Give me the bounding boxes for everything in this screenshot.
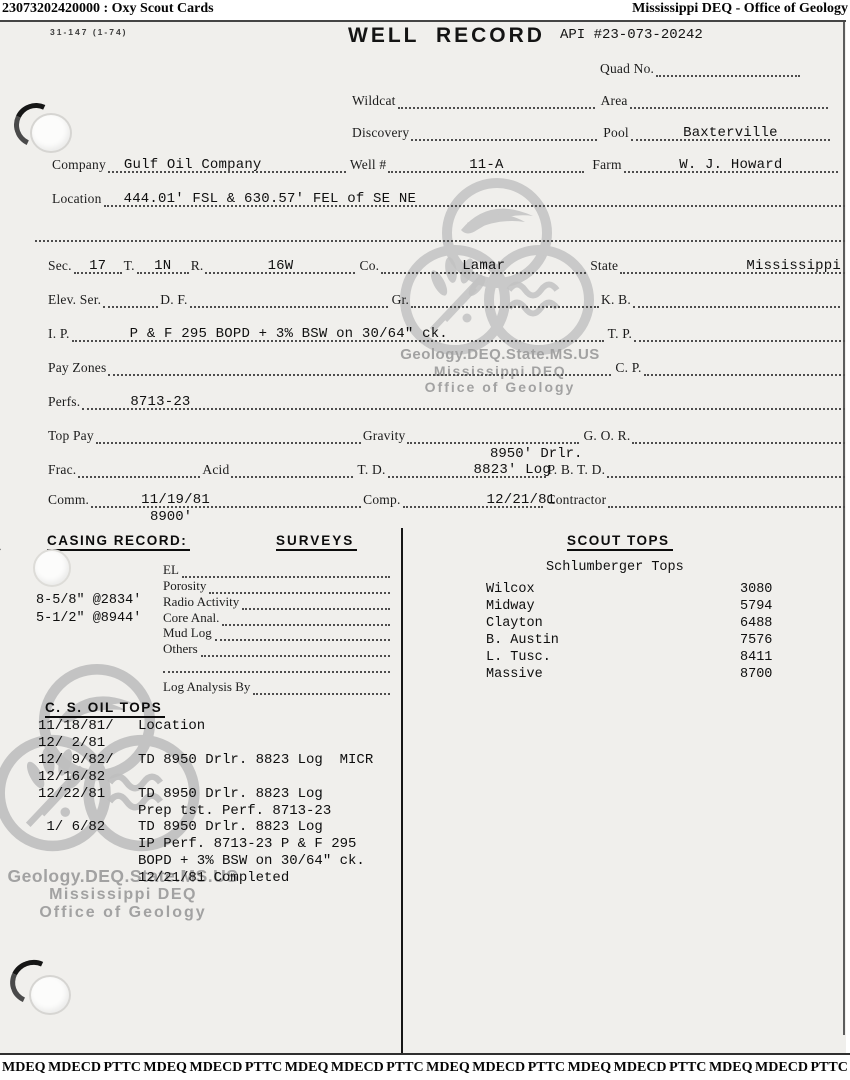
field-row-frac-acid-td-pbtd: Frac. Acid T. D. 8823' Log P. B. T. D.	[48, 456, 845, 478]
survey-item-label: Others	[163, 641, 201, 657]
footer-stamp-bar: MDEQMDECDPTTCMDEQMDECDPTTCMDEQMDECDPTTCM…	[0, 1056, 850, 1080]
township-value: 1N	[154, 258, 171, 274]
farm-line: W. J. Howard	[624, 151, 838, 173]
frac-line	[78, 456, 200, 478]
cp-line	[644, 354, 845, 376]
county-line: Lamar	[381, 252, 586, 274]
well-no-line: 11-A	[388, 151, 584, 173]
casing-record-entries: 8-5/8" @2834'5-1/2" @8944'	[36, 592, 141, 627]
survey-row: Mud Log	[163, 626, 390, 642]
cp-label: C. P.	[611, 360, 643, 376]
oil-tops-line: Prep tst. Perf. 8713-23	[38, 803, 398, 820]
watermark-agency: Mississippi DEQ	[0, 886, 258, 904]
discovery-label: Discovery	[352, 125, 411, 141]
frac-label: Frac.	[48, 462, 78, 478]
elev-ser-line	[103, 286, 158, 308]
gor-label: G. O. R.	[579, 428, 632, 444]
gor-line	[632, 422, 845, 444]
punch-hole	[33, 549, 71, 587]
gr-label: Gr.	[388, 292, 411, 308]
field-row-elevations: Elev. Ser. D. F. Gr. K. B.	[48, 286, 840, 308]
footer-stamp: MDECD	[189, 1060, 242, 1076]
section-divider-line	[401, 528, 403, 1053]
oil-tops-line: 11/18/81/Location	[38, 718, 398, 735]
field-row-sec-twp-rng: Sec. 17 T. 1N R. 16W Co. Lamar State Mis…	[48, 252, 845, 274]
acid-line	[231, 456, 353, 478]
range-value: 16W	[268, 258, 294, 274]
state-line: Mississippi	[620, 252, 845, 274]
wildcat-label: Wildcat	[352, 93, 398, 109]
field-row-toppay-gravity-gor: Top Pay Gravity G. O. R.	[48, 422, 845, 444]
field-row-discovery-pool: Discovery Pool Baxterville	[352, 119, 830, 141]
viewer-header-bar: 23073202420000 : Oxy Scout Cards Mississ…	[0, 0, 850, 20]
oil-tops-text: BOPD + 3% BSW on 30/64" ck.	[138, 853, 365, 870]
state-value: Mississippi	[746, 258, 845, 274]
oil-tops-date: 11/18/81/	[38, 718, 138, 735]
sec-value: 17	[89, 258, 106, 274]
scout-top-row: L. Tusc.8411	[486, 649, 782, 666]
casing-record-header: CASING RECORD:	[47, 533, 190, 551]
survey-row: Others	[163, 641, 390, 657]
oil-tops-date	[38, 836, 138, 853]
survey-row: Core Anal.	[163, 610, 390, 626]
scout-top-name: Clayton	[486, 615, 740, 632]
oil-tops-line: IP Perf. 8713-23 P & F 295	[38, 836, 398, 853]
casing-entry: 5-1/2" @8944'	[36, 610, 141, 628]
acid-label: Acid	[200, 462, 231, 478]
location-value: 444.01' FSL & 630.57' FEL of SE NE	[124, 191, 416, 207]
oil-tops-text: 12/21/81 Completed	[138, 870, 289, 887]
oil-tops-line: 12/ 9/82/TD 8950 Drlr. 8823 Log MICR	[38, 752, 398, 769]
field-row-wildcat-area: Wildcat Area	[352, 87, 828, 109]
survey-row: Radio Activity	[163, 594, 390, 610]
oil-tops-date: 1/ 6/82	[38, 819, 138, 836]
county-value: Lamar	[462, 258, 505, 274]
location-line: 444.01' FSL & 630.57' FEL of SE NE	[104, 185, 845, 207]
oil-tops-line: 1/ 6/82TD 8950 Drlr. 8823 Log	[38, 819, 398, 836]
scout-top-depth: 8700	[740, 666, 782, 683]
perfs-label: Perfs.	[48, 394, 82, 410]
county-label: Co.	[355, 258, 381, 274]
scout-tops-header: SCOUT TOPS	[567, 533, 673, 551]
company-value: Gulf Oil Company	[124, 157, 262, 173]
quad-no-line	[656, 55, 800, 77]
scout-top-depth: 5794	[740, 598, 782, 615]
card-right-edge	[843, 22, 845, 1035]
oil-tops-date: 12/ 9/82/	[38, 752, 138, 769]
oil-tops-date: 12/22/81	[38, 786, 138, 803]
farm-value: W. J. Howard	[679, 157, 782, 173]
area-label: Area	[595, 93, 630, 109]
pbtd-line	[607, 456, 845, 478]
location-continuation-line	[35, 218, 845, 242]
td-label: T. D.	[353, 462, 387, 478]
surveys-items: ELPorosityRadio ActivityCore Anal.Mud Lo…	[163, 562, 390, 673]
township-label: T.	[122, 258, 137, 274]
pool-value: Baxterville	[683, 125, 778, 141]
contractor-line	[608, 486, 845, 508]
footer-stamp: PTTC	[386, 1060, 423, 1076]
survey-item-line	[222, 610, 390, 626]
scout-top-depth: 3080	[740, 581, 782, 598]
kb-label: K. B.	[599, 292, 633, 308]
footer-stamp: MDEQ	[2, 1060, 46, 1076]
wildcat-line	[398, 87, 595, 109]
api-number: API #23-073-20242	[560, 27, 703, 43]
scout-tops-subtitle: Schlumberger Tops	[546, 560, 684, 575]
casing-entry: 8-5/8" @2834'	[36, 592, 141, 610]
footer-stamp: PTTC	[669, 1060, 706, 1076]
surveys-list: ELPorosityRadio ActivityCore Anal.Mud Lo…	[163, 562, 390, 695]
survey-item-line	[215, 626, 390, 642]
well-no-label: Well #	[346, 157, 388, 173]
footer-stamp: MDEQ	[709, 1060, 753, 1076]
top-pay-line	[96, 422, 361, 444]
footer-stamp: MDECD	[755, 1060, 808, 1076]
well-no-value: 11-A	[469, 157, 503, 173]
scout-top-name: Wilcox	[486, 581, 740, 598]
form-title: WELL RECORD	[348, 24, 545, 48]
survey-item-label: Radio Activity	[163, 594, 242, 610]
pay-zones-line	[108, 354, 611, 376]
footer-stamp: MDEQ	[426, 1060, 470, 1076]
footer-stamp: PTTC	[810, 1060, 847, 1076]
td-log-value: 8823' Log	[474, 462, 551, 478]
comm-date-value: 11/19/81	[141, 492, 210, 508]
comp-date-value: 12/21/81	[487, 492, 556, 508]
scout-tops-table: Wilcox3080Midway5794Clayton6488B. Austin…	[486, 581, 782, 683]
gravity-label: Gravity	[361, 428, 408, 444]
oil-tops-text: TD 8950 Drlr. 8823 Log	[138, 786, 323, 803]
punch-hole	[29, 975, 71, 1015]
field-row-location: Location 444.01' FSL & 630.57' FEL of SE…	[52, 185, 845, 207]
location-label: Location	[52, 191, 104, 207]
company-line: Gulf Oil Company	[108, 151, 346, 173]
oil-tops-date	[38, 870, 138, 887]
oil-tops-text: Prep tst. Perf. 8713-23	[138, 803, 331, 820]
field-row-ip-tp: I. P. P & F 295 BOPD + 3% BSW on 30/64" …	[48, 320, 845, 342]
df-label: D. F.	[158, 292, 189, 308]
gr-line	[411, 286, 599, 308]
survey-row-blank	[163, 657, 390, 673]
footer-stamp: PTTC	[104, 1060, 141, 1076]
scout-top-depth: 7576	[740, 632, 782, 649]
survey-item-label: Core Anal.	[163, 610, 222, 626]
ip-line: P & F 295 BOPD + 3% BSW on 30/64" ck.	[72, 320, 604, 342]
oil-tops-line: 12/21/81 Completed	[38, 870, 398, 887]
survey-item-label: EL	[163, 562, 182, 578]
scout-top-name: L. Tusc.	[486, 649, 740, 666]
cs-oil-tops-header: C. S. OIL TOPS	[45, 700, 165, 718]
company-label: Company	[52, 157, 108, 173]
quad-no-label: Quad No.	[600, 61, 656, 77]
footer-stamp: MDEQ	[143, 1060, 187, 1076]
perfs-value: 8713-23	[130, 394, 190, 410]
field-row-perfs: Perfs. 8713-23	[48, 388, 845, 410]
cs-oil-tops-entries: 11/18/81/Location12/ 2/8112/ 9/82/TD 895…	[38, 718, 398, 887]
township-line: 1N	[137, 252, 189, 274]
agency-title: Mississippi DEQ - Office of Geology	[630, 0, 850, 17]
ip-value: P & F 295 BOPD + 3% BSW on 30/64" ck.	[130, 326, 448, 342]
oil-tops-text: TD 8950 Drlr. 8823 Log	[138, 819, 323, 836]
scout-top-depth: 6488	[740, 615, 782, 632]
comm-label: Comm.	[48, 492, 91, 508]
top-pay-label: Top Pay	[48, 428, 96, 444]
oil-tops-line: 12/16/82	[38, 769, 398, 786]
scout-top-row: Midway5794	[486, 598, 782, 615]
pool-line: Baxterville	[631, 119, 830, 141]
survey-item-label: Mud Log	[163, 625, 215, 641]
survey-item-line	[242, 594, 390, 610]
df-line	[190, 286, 388, 308]
oil-tops-date	[38, 853, 138, 870]
footer-stamp: MDECD	[48, 1060, 101, 1076]
scout-top-row: Clayton6488	[486, 615, 782, 632]
survey-item-line	[182, 562, 390, 578]
oil-tops-line: 12/22/81TD 8950 Drlr. 8823 Log	[38, 786, 398, 803]
oil-tops-line: BOPD + 3% BSW on 30/64" ck.	[38, 853, 398, 870]
log-analysis-line	[253, 679, 390, 695]
area-line	[630, 87, 828, 109]
perfs-line: 8713-23	[82, 388, 845, 410]
survey-item-line	[209, 578, 390, 594]
state-label: State	[586, 258, 620, 274]
elev-ser-label: Elev. Ser.	[48, 292, 103, 308]
scout-top-row: B. Austin7576	[486, 632, 782, 649]
survey-row-log-analysis: Log Analysis By	[163, 679, 390, 695]
pool-label: Pool	[597, 125, 631, 141]
oil-tops-text: IP Perf. 8713-23 P & F 295	[138, 836, 356, 853]
range-line: 16W	[205, 252, 355, 274]
form-number: 31-147 (1-74)	[50, 27, 128, 37]
scout-top-name: Midway	[486, 598, 740, 615]
footer-stamp: MDECD	[614, 1060, 667, 1076]
comm-depth-value: 8900'	[150, 509, 192, 525]
footer-stamp: MDEQ	[285, 1060, 329, 1076]
field-row-comm-comp-contractor: Comm. 11/19/81 Comp. 12/21/81 Contractor	[48, 486, 845, 508]
oil-tops-line: 12/ 2/81	[38, 735, 398, 752]
document-id-title: 23073202420000 : Oxy Scout Cards	[0, 0, 216, 17]
oil-tops-date	[38, 803, 138, 820]
tp-label: T. P.	[604, 326, 634, 342]
discovery-line	[411, 119, 597, 141]
gravity-line	[407, 422, 579, 444]
oil-tops-date: 12/ 2/81	[38, 735, 138, 752]
survey-item-line	[201, 641, 390, 657]
comm-line: 11/19/81	[91, 486, 361, 508]
field-row-quad-no: Quad No.	[600, 55, 800, 77]
comp-line: 12/21/81	[403, 486, 543, 508]
sec-label: Sec.	[48, 258, 74, 274]
comp-label: Comp.	[361, 492, 402, 508]
ip-label: I. P.	[48, 326, 72, 342]
punch-hole	[30, 113, 72, 153]
scout-top-name: Massive	[486, 666, 740, 683]
card-bottom-edge	[0, 1053, 850, 1055]
scanned-scout-card-page: 23073202420000 : Oxy Scout Cards Mississ…	[0, 0, 850, 1080]
oil-tops-text: Location	[138, 718, 205, 735]
watermark-office: Office of Geology	[0, 904, 258, 922]
range-label: R.	[189, 258, 206, 274]
kb-line	[633, 286, 840, 308]
log-analysis-label: Log Analysis By	[163, 679, 253, 695]
surveys-header: SURVEYS	[276, 533, 357, 551]
oil-tops-date: 12/16/82	[38, 769, 138, 786]
sec-line: 17	[74, 252, 122, 274]
footer-stamp: MDEQ	[568, 1060, 612, 1076]
footer-stamp: MDECD	[472, 1060, 525, 1076]
pay-zones-label: Pay Zones	[48, 360, 108, 376]
survey-item-label: Porosity	[163, 578, 209, 594]
tp-line	[634, 320, 845, 342]
footer-stamp: PTTC	[528, 1060, 565, 1076]
pbtd-label: P. B. T. D.	[546, 462, 608, 478]
field-row-company-well-farm: Company Gulf Oil Company Well # 11-A Far…	[52, 151, 838, 173]
survey-row: Porosity	[163, 578, 390, 594]
footer-stamp: PTTC	[245, 1060, 282, 1076]
survey-row: EL	[163, 562, 390, 578]
survey-blank-line	[163, 657, 390, 673]
footer-stamp: MDECD	[331, 1060, 384, 1076]
field-row-payzones-cp: Pay Zones C. P.	[48, 354, 845, 376]
oil-tops-text: TD 8950 Drlr. 8823 Log MICR	[138, 752, 373, 769]
farm-label: Farm	[584, 157, 623, 173]
scout-top-row: Massive8700	[486, 666, 782, 683]
scout-top-name: B. Austin	[486, 632, 740, 649]
scout-top-depth: 8411	[740, 649, 782, 666]
td-line: 8823' Log	[388, 456, 546, 478]
scout-top-row: Wilcox3080	[486, 581, 782, 598]
